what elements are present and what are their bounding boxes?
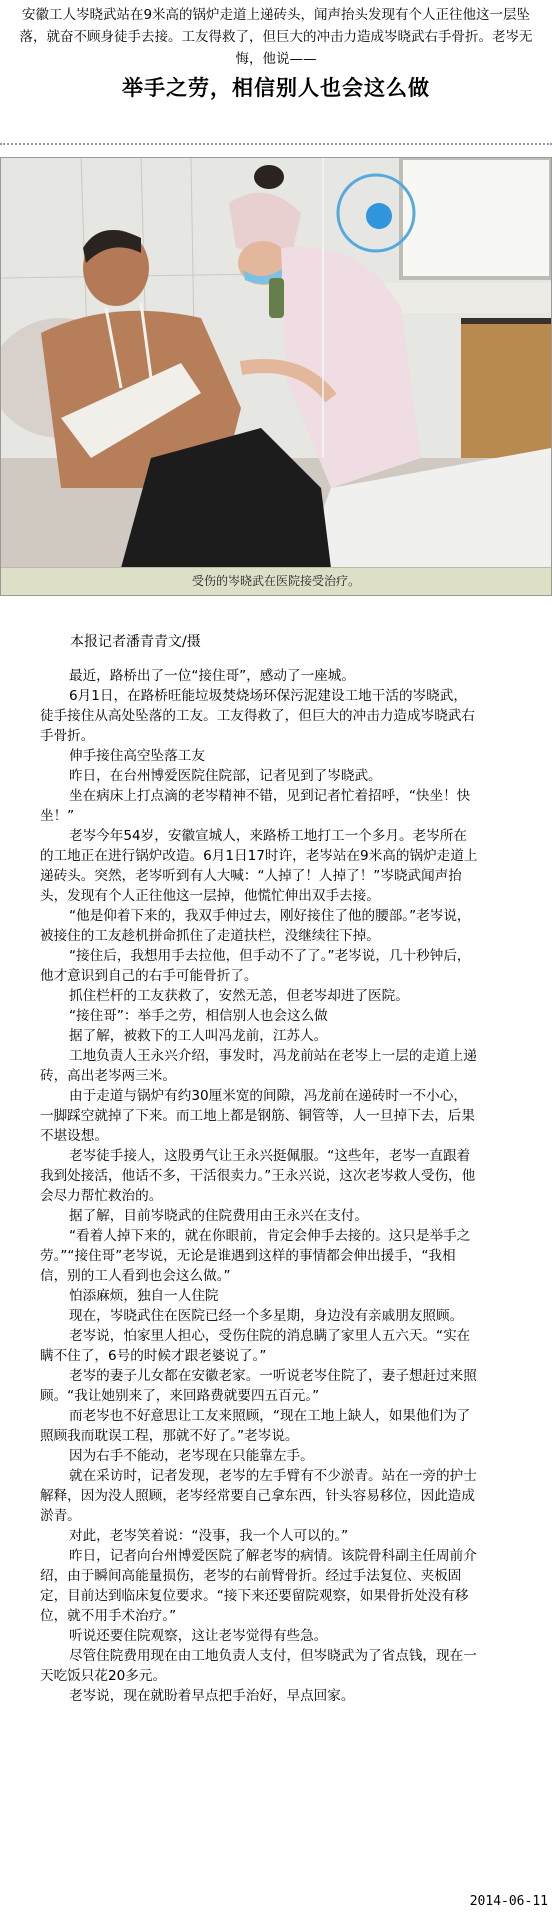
- paragraph: 而老岑也不好意思让工友来照顾，“现在工地上缺人，如果他们为了照顾我而耽误工程，那…: [40, 1406, 480, 1446]
- paragraph: 就在采访时，记者发现，老岑的左手臂有不少淤青。站在一旁的护士解释，因为没人照顾，…: [40, 1466, 480, 1526]
- paragraph: 昨日，在台州博爱医院住院部，记者见到了岑晓武。: [40, 766, 480, 786]
- paragraph: 对此，老岑笑着说：“没事，我一个人可以的。”: [40, 1526, 480, 1546]
- paragraph: 听说还要住院观察，这让老岑觉得有些急。: [40, 1626, 480, 1646]
- paragraph: 现在，岑晓武住在医院已经一个多星期，身边没有亲戚朋友照顾。: [40, 1306, 480, 1326]
- paragraph: “他是仰着下来的，我双手伸过去，刚好接住了他的腰部。”老岑说，被接住的工友趁机拼…: [40, 906, 480, 946]
- photo-illustration: [1, 158, 551, 568]
- article-headline: 举手之劳，相信别人也会这么做: [0, 74, 552, 102]
- publish-date: 2014-06-11: [470, 1893, 548, 1911]
- subheading: 伸手接住高空坠落工友: [40, 746, 480, 766]
- photo-caption: 受伤的岑晓武在医院接受治疗。: [1, 567, 551, 595]
- paragraph: 老岑说，现在就盼着早点把手治好，早点回家。: [40, 1686, 480, 1706]
- subheading: “接住哥”：举手之劳，相信别人也会这么做: [40, 1006, 480, 1026]
- byline: 本报记者潘青青文/摄: [70, 632, 201, 652]
- subheading: 怕添麻烦，独自一人住院: [40, 1286, 480, 1306]
- paragraph: 老岑说，怕家里人担心，受伤住院的消息瞒了家里人五六天。“实在瞒不住了，6号的时候…: [40, 1326, 480, 1366]
- paragraph: 老岑徒手接人，这股勇气让王永兴挺佩服。“这些年，老岑一直跟着我到处接活，他话不多…: [40, 1146, 480, 1206]
- paragraph: 老岑今年54岁，安徽宣城人，来路桥工地打工一个多月。老岑所在的工地正在进行锅炉改…: [40, 826, 480, 906]
- paragraph: 据了解，目前岑晓武的住院费用由王永兴在支付。: [40, 1206, 480, 1226]
- dotted-divider: [0, 143, 552, 145]
- paragraph: 据了解，被救下的工人叫冯龙前，江苏人。: [40, 1026, 480, 1046]
- paragraph: 尽管住院费用现在由工地负责人支付，但岑晓武为了省点钱，现在一天吃饭只花20多元。: [40, 1646, 480, 1686]
- paragraph: 昨日，记者向台州博爱医院了解老岑的病情。该院骨科副主任周前介绍，由于瞬间高能量损…: [40, 1546, 480, 1626]
- article-photo: 受伤的岑晓武在医院接受治疗。: [0, 157, 552, 596]
- paragraph: “接住后，我想用手去拉他，但手动不了了。”老岑说，几十秒钟后，他才意识到自己的右…: [40, 946, 480, 986]
- paragraph: 抓住栏杆的工友获救了，安然无恙，但老岑却进了医院。: [40, 986, 480, 1006]
- paragraph: 坐在病床上打点滴的老岑精神不错，见到记者忙着招呼，“快坐！快坐！”: [40, 786, 480, 826]
- article-body: 最近，路桥出了一位“接住哥”，感动了一座城。 6月1日，在路桥旺能垃圾焚烧场环保…: [40, 666, 480, 1706]
- paragraph: 老岑的妻子儿女都在安徽老家。一听说老岑住院了，妻子想赶过来照顾。“我让她别来了，…: [40, 1366, 480, 1406]
- article-lead: 安徽工人岑晓武站在9米高的锅炉走道上递砖头，闻声抬头发现有个人正往他这一层坠落，…: [14, 4, 538, 70]
- paragraph: 由于走道与锅炉有约30厘米宽的间隙，冯龙前在递砖时一不小心，一脚踩空就掉了下来。…: [40, 1086, 480, 1146]
- paragraph: 因为右手不能动，老岑现在只能靠左手。: [40, 1446, 480, 1466]
- paragraph: 6月1日，在路桥旺能垃圾焚烧场环保污泥建设工地干活的岑晓武，徒手接住从高处坠落的…: [40, 686, 480, 746]
- paragraph: “看着人掉下来的，就在你眼前，肯定会伸手去接的。这只是举手之劳。”“接住哥”老岑…: [40, 1226, 480, 1286]
- paragraph: 最近，路桥出了一位“接住哥”，感动了一座城。: [40, 666, 480, 686]
- paragraph: 工地负责人王永兴介绍，事发时，冯龙前站在老岑上一层的走道上递砖，高出老岑两三米。: [40, 1046, 480, 1086]
